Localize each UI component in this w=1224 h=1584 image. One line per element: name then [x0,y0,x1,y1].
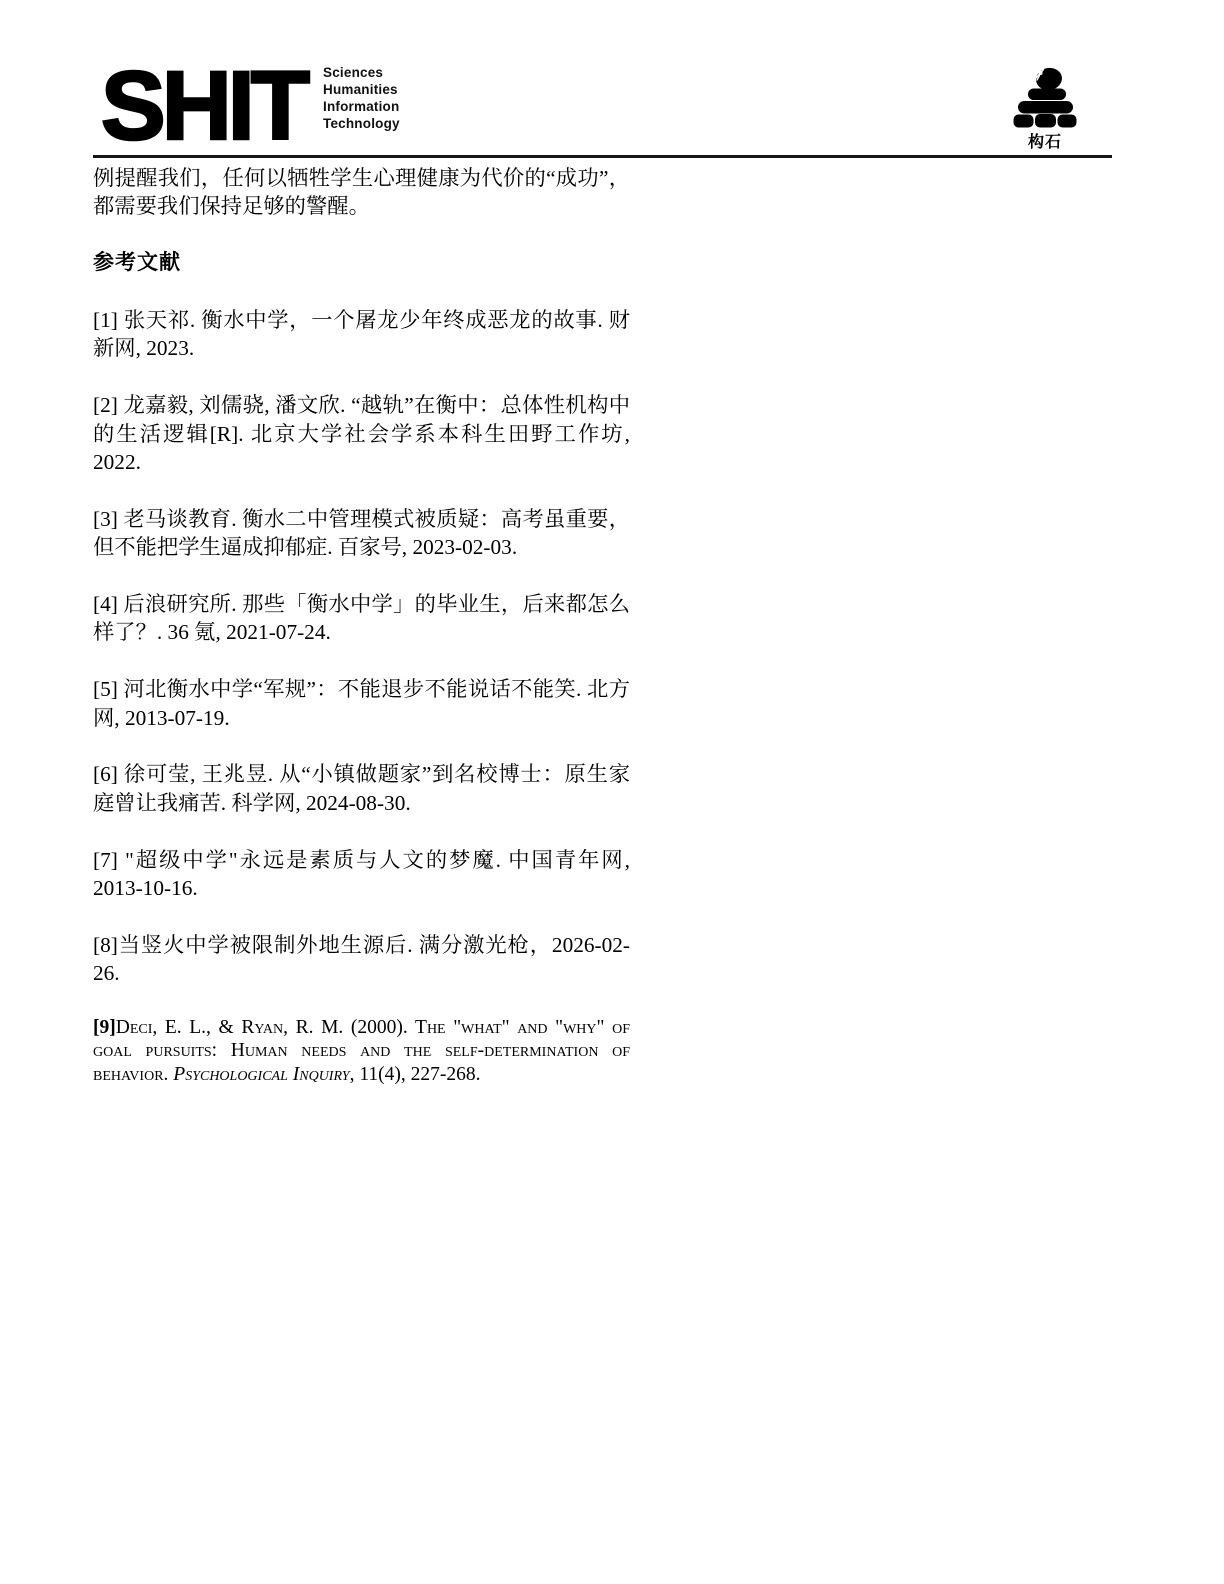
publisher-logo: 构石 [1008,66,1082,152]
reference-item-5: [5] 河北衡水中学“军规”：不能退步不能说话不能笑. 北方网, 2013-07… [93,675,630,732]
reference-9-tail: , 11(4), 227-268. [350,1064,481,1085]
reference-item-6: [6] 徐可莹, 王兆昱. 从“小镇做题家”到名校博士：原生家庭曾让我痛苦. 科… [93,760,630,817]
reference-9-journal: Psychological Inquiry [173,1064,349,1085]
journal-logo-text: SHIT [101,57,306,154]
header-divider [93,155,1112,158]
reference-item-4: [4] 后浪研究所. 那些「衡水中学」的毕业生，后来都怎么样了？. 36 氪, … [93,590,630,647]
reference-item-2: [2] 龙嘉毅, 刘儒骁, 潘文欣. “越轨”在衡中：总体性机构中的生活逻辑[R… [93,391,630,476]
subtitle-line-humanities: Humanities [323,81,400,98]
paragraph-intro: 例提醒我们，任何以牺牲学生心理健康为代价的“成功”，都需要我们保持足够的警醒。 [93,164,630,221]
reference-item-9: [9]Deci, E. L., & Ryan, R. M. (2000). Th… [93,1016,630,1086]
reference-item-8: [8]当竖火中学被限制外地生源后. 满分激光枪，2026-02-26. [93,931,630,988]
publisher-logo-label: 构石 [1008,129,1082,152]
journal-logo-subtitle: Sciences Humanities Information Technolo… [323,64,400,132]
reference-9-label: [9] [93,1017,116,1038]
reference-item-3: [3] 老马谈教育. 衡水二中管理模式被质疑：高考虽重要，但不能把学生逼成抑郁症… [93,505,630,562]
subtitle-line-technology: Technology [323,115,400,132]
text-column: 例提醒我们，任何以牺牲学生心理健康为代价的“成功”，都需要我们保持足够的警醒。 … [93,164,630,1115]
rock-pile-climber-icon [1012,66,1078,128]
reference-item-7: [7] "超级中学"永远是素质与人文的梦魔. 中国青年网, 2013-10-16… [93,846,630,903]
journal-page: SHIT Sciences Humanities Information Tec… [0,0,1224,1584]
reference-item-1: [1] 张天祁. 衡水中学，一个屠龙少年终成恶龙的故事. 财新网, 2023. [93,306,630,363]
subtitle-line-sciences: Sciences [323,64,400,81]
references-heading: 参考文献 [93,249,630,277]
subtitle-line-information: Information [323,98,400,115]
